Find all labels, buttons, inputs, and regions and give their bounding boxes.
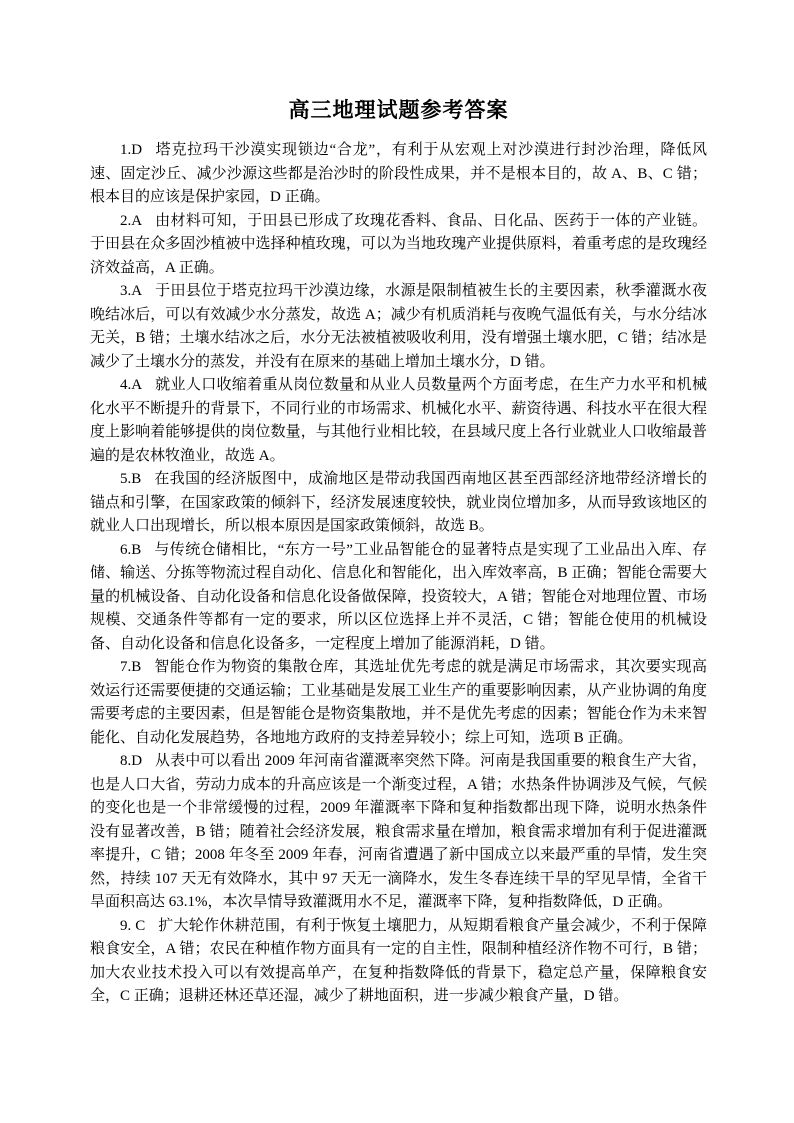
answer-paragraph-6: 6.B与传统仓储相比，“东方一号”工业品智能仓的显著特点是实现了工业品出入库、存… <box>90 539 707 657</box>
document-page: 高三地理试题参考答案 1.D塔克拉玛干沙漠实现锁边“合龙”，有利于从宏观上对沙漠… <box>0 0 794 1123</box>
answer-text-7: 智能仓作为物资的集散仓库，其选址优先考虑的就是满足市场需求，其次要实现高效运行还… <box>90 659 707 746</box>
answer-paragraph-9: 9. C扩大轮作休耕范围，有利于恢复土壤肥力，从短期看粮食产量会减少，不利于保障… <box>90 915 707 1009</box>
answer-label-9: 9. C <box>120 918 145 934</box>
answer-label-5: 5.B <box>120 471 141 487</box>
answer-text-3: 于田县位于塔克拉玛干沙漠边缘，水源是限制植被生长的主要因素，秋季灌溉水夜晚结冰后… <box>90 283 707 370</box>
answer-paragraph-8: 8.D从表中可以看出 2009 年河南省灌溉率突然下降。河南是我国重要的粮食生产… <box>90 750 707 915</box>
answer-text-1: 塔克拉玛干沙漠实现锁边“合龙”，有利于从宏观上对沙漠进行封沙治理，降低风速、固定… <box>90 142 707 205</box>
answer-paragraph-4: 4.A就业人口收缩着重从岗位数量和从业人员数量两个方面考虑，在生产力水平和机械化… <box>90 374 707 468</box>
page-title: 高三地理试题参考答案 <box>90 96 707 126</box>
answer-paragraph-7: 7.B智能仓作为物资的集散仓库，其选址优先考虑的就是满足市场需求，其次要实现高效… <box>90 656 707 750</box>
answer-label-2: 2.A <box>120 213 142 229</box>
answer-label-7: 7.B <box>120 659 141 675</box>
answer-text-9: 扩大轮作休耕范围，有利于恢复土壤肥力，从短期看粮食产量会减少，不利于保障粮食安全… <box>90 918 707 1005</box>
answer-label-1: 1.D <box>120 142 142 158</box>
answer-label-6: 6.B <box>120 542 141 558</box>
answer-label-3: 3.A <box>120 283 142 299</box>
answer-text-6: 与传统仓储相比，“东方一号”工业品智能仓的显著特点是实现了工业品出入库、存储、输… <box>90 542 707 652</box>
answer-text-5: 在我国的经济版图中，成渝地区是带动我国西南地区甚至西部经济地带经济增长的锚点和引… <box>90 471 707 534</box>
answer-text-4: 就业人口收缩着重从岗位数量和从业人员数量两个方面考虑，在生产力水平和机械化水平不… <box>90 377 707 464</box>
answer-paragraph-2: 2.A由材料可知，于田县已形成了玫瑰花香料、食品、日化品、医药于一体的产业链。于… <box>90 210 707 281</box>
answer-text-8: 从表中可以看出 2009 年河南省灌溉率突然下降。河南是我国重要的粮食生产大省，… <box>90 753 707 910</box>
answer-paragraph-5: 5.B在我国的经济版图中，成渝地区是带动我国西南地区甚至西部经济地带经济增长的锚… <box>90 468 707 539</box>
answer-label-4: 4.A <box>120 377 142 393</box>
answer-paragraph-3: 3.A于田县位于塔克拉玛干沙漠边缘，水源是限制植被生长的主要因素，秋季灌溉水夜晚… <box>90 280 707 374</box>
answer-label-8: 8.D <box>120 753 142 769</box>
answer-text-2: 由材料可知，于田县已形成了玫瑰花香料、食品、日化品、医药于一体的产业链。于田县在… <box>90 213 707 276</box>
answer-paragraph-1: 1.D塔克拉玛干沙漠实现锁边“合龙”，有利于从宏观上对沙漠进行封沙治理，降低风速… <box>90 139 707 210</box>
